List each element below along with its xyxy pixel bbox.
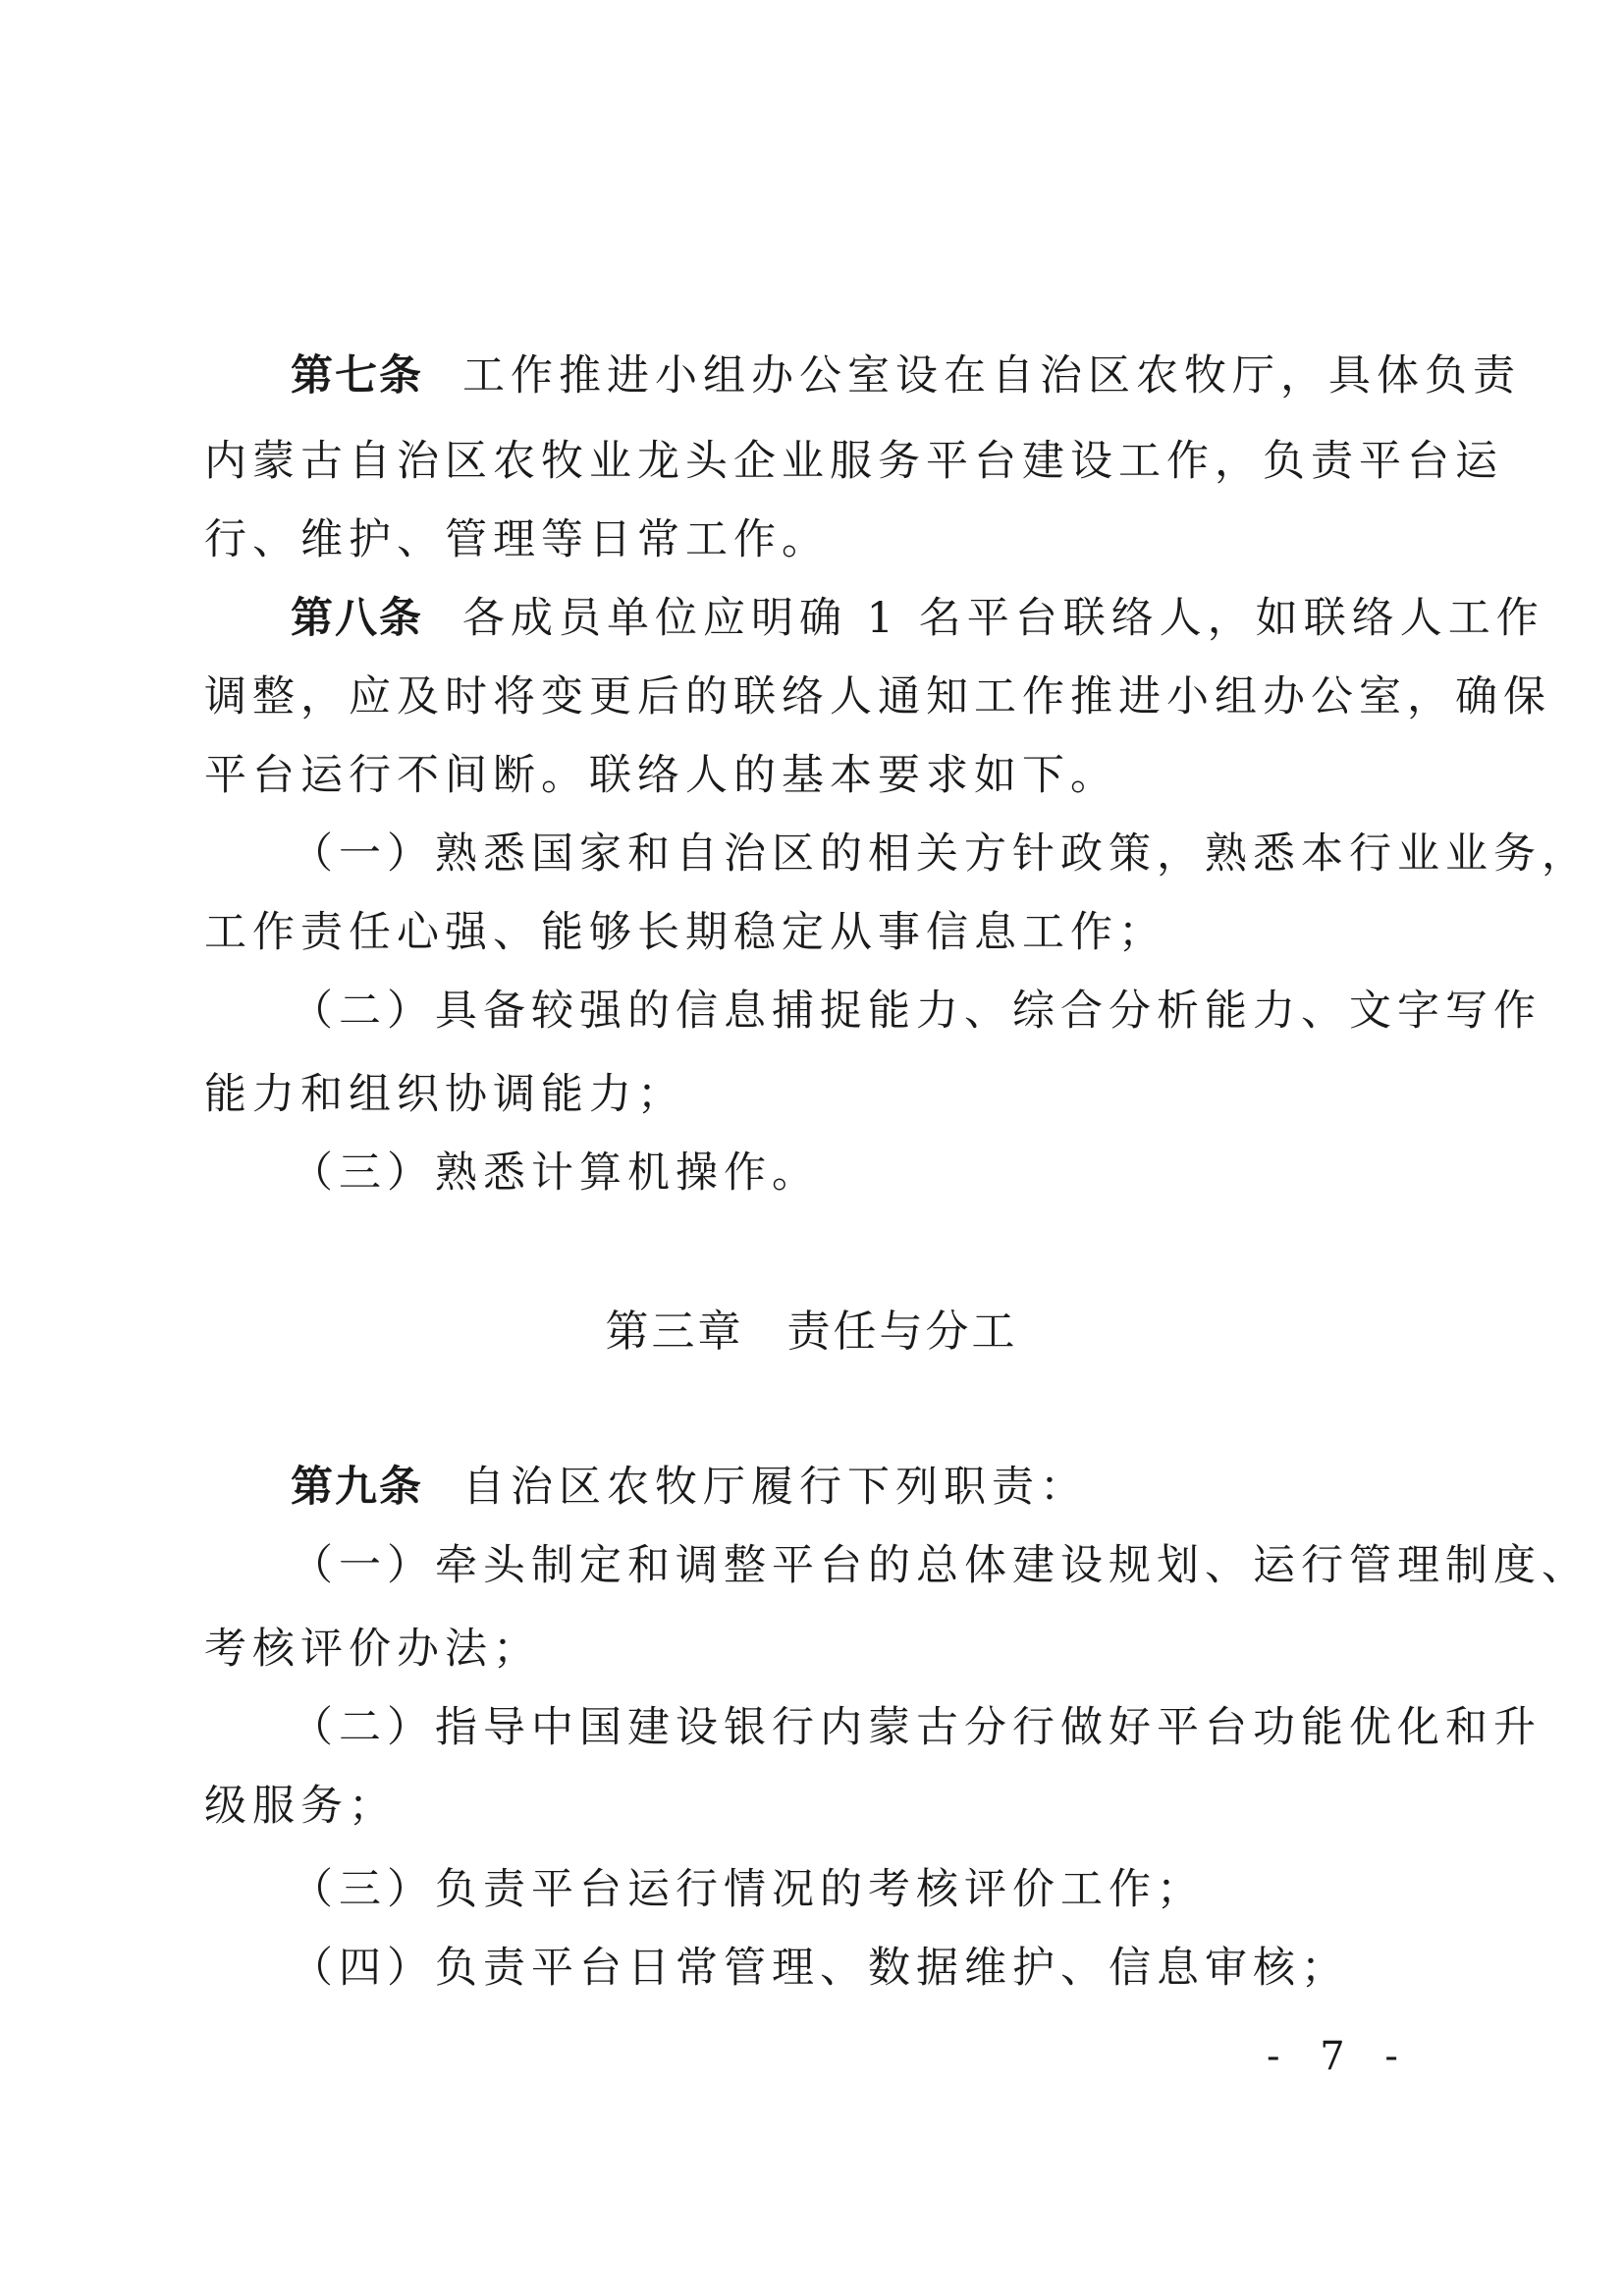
article-9-item-4: （四）负责平台日常管理、数据维护、信息审核； (291, 1943, 1378, 1994)
article-9-label: 第九条 (291, 1463, 423, 1512)
page-number: - 7 - (1267, 2032, 1412, 2081)
article-8-label: 第八条 (291, 594, 423, 643)
article-7-line-3: 行、维护、管理等日常工作。 (204, 514, 1378, 565)
chapter-title: 责任与分工 (787, 1307, 1018, 1357)
chapter-heading: 第三章责任与分工 (0, 1307, 1623, 1358)
article-9-line-1: 第九条自治区农牧厅履行下列职责： (291, 1462, 1378, 1513)
article-8-item-1-line-2: 工作责任心强、能够长期稳定从事信息工作； (204, 907, 1378, 958)
article-9-item-1-line-1: （一）牵头制定和调整平台的总体建设规划、运行管理制度、 (291, 1540, 1378, 1591)
article-7-line-2: 内蒙古自治区农牧业龙头企业服务平台建设工作，负责平台运 (204, 436, 1378, 487)
article-7-line-1: 第七条工作推进小组办公室设在自治区农牧厅，具体负责 (291, 350, 1378, 401)
article-8-line-2: 调整，应及时将变更后的联络人通知工作推进小组办公室，确保 (204, 671, 1378, 722)
article-9-item-2-line-2: 级服务； (204, 1781, 1378, 1832)
article-8-item-2-line-1: （二）具备较强的信息捕捉能力、综合分析能力、文字写作 (291, 986, 1378, 1037)
document-page: 第七条工作推进小组办公室设在自治区农牧厅，具体负责 内蒙古自治区农牧业龙头企业服… (0, 0, 1623, 2296)
article-8-item-3: （三）熟悉计算机操作。 (291, 1148, 1378, 1199)
article-9-item-3: （三）负责平台运行情况的考核评价工作； (291, 1864, 1378, 1915)
article-7-label: 第七条 (291, 351, 423, 400)
article-8-item-2-line-2: 能力和组织协调能力； (204, 1069, 1378, 1120)
chapter-number: 第三章 (606, 1307, 744, 1357)
article-8-item-1-line-1: （一）熟悉国家和自治区的相关方针政策，熟悉本行业业务， (291, 828, 1378, 880)
article-8-line-3: 平台运行不间断。联络人的基本要求如下。 (204, 750, 1378, 801)
article-8-line-1: 第八条各成员单位应明确 1 名平台联络人，如联络人工作 (291, 593, 1378, 644)
article-9-item-2-line-1: （二）指导中国建设银行内蒙古分行做好平台功能优化和升 (291, 1702, 1378, 1753)
article-9-item-1-line-2: 考核评价办法； (204, 1624, 1378, 1675)
